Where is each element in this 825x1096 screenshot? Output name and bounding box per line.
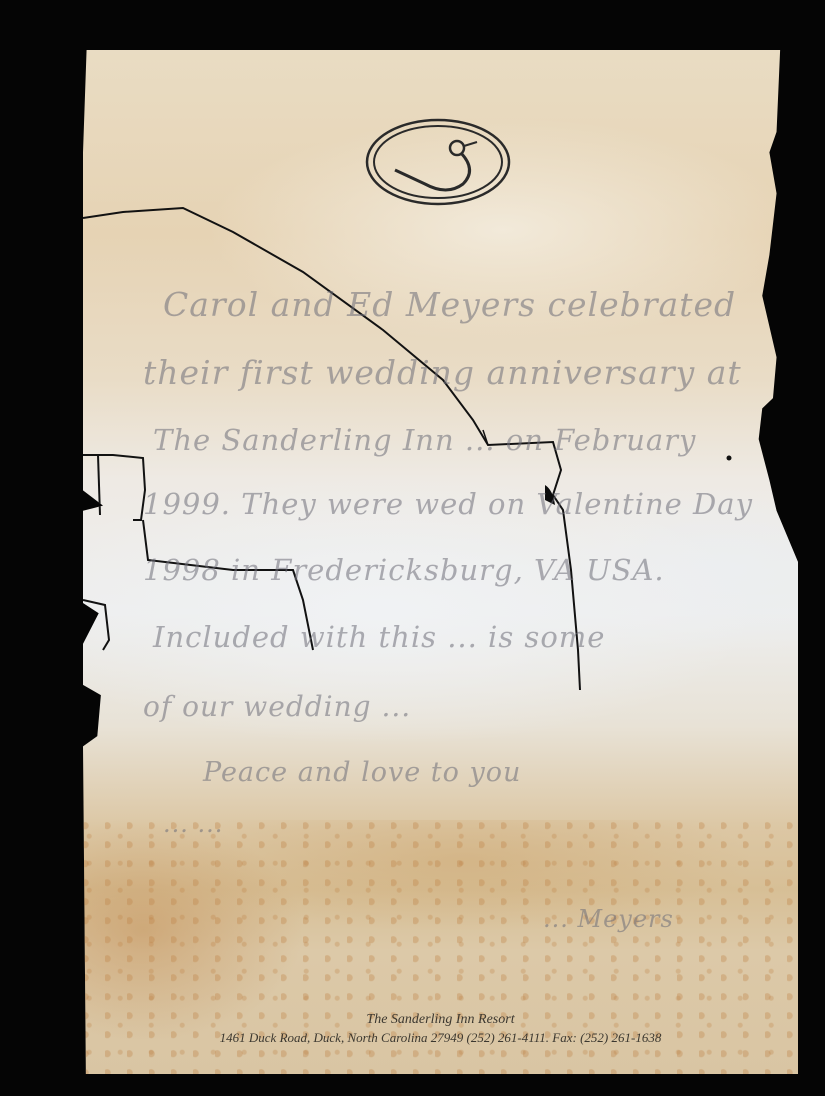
handwriting-line: ... ...	[163, 810, 223, 838]
handwriting-line: of our wedding ...	[143, 690, 411, 723]
letterhead-address: 1461 Duck Road, Duck, North Carolina 279…	[83, 1030, 798, 1046]
signature: ... Meyers	[543, 905, 674, 933]
letter-paper: Carol and Ed Meyers celebrated their fir…	[83, 50, 798, 1074]
letterhead-name: The Sanderling Inn Resort	[83, 1012, 798, 1028]
handwriting-line: Carol and Ed Meyers celebrated	[163, 285, 736, 324]
handwriting-line: 1998 in Fredericksburg, VA USA.	[143, 553, 665, 587]
handwriting-line: 1999. They were wed on Valentine Day	[143, 487, 753, 521]
handwriting-line: Included with this ... is some	[153, 620, 605, 654]
handwriting-line: their first wedding anniversary at	[143, 353, 742, 392]
handwriting-line: Peace and love to you	[203, 757, 521, 788]
handwriting-line: The Sanderling Inn ... on February	[153, 423, 696, 457]
